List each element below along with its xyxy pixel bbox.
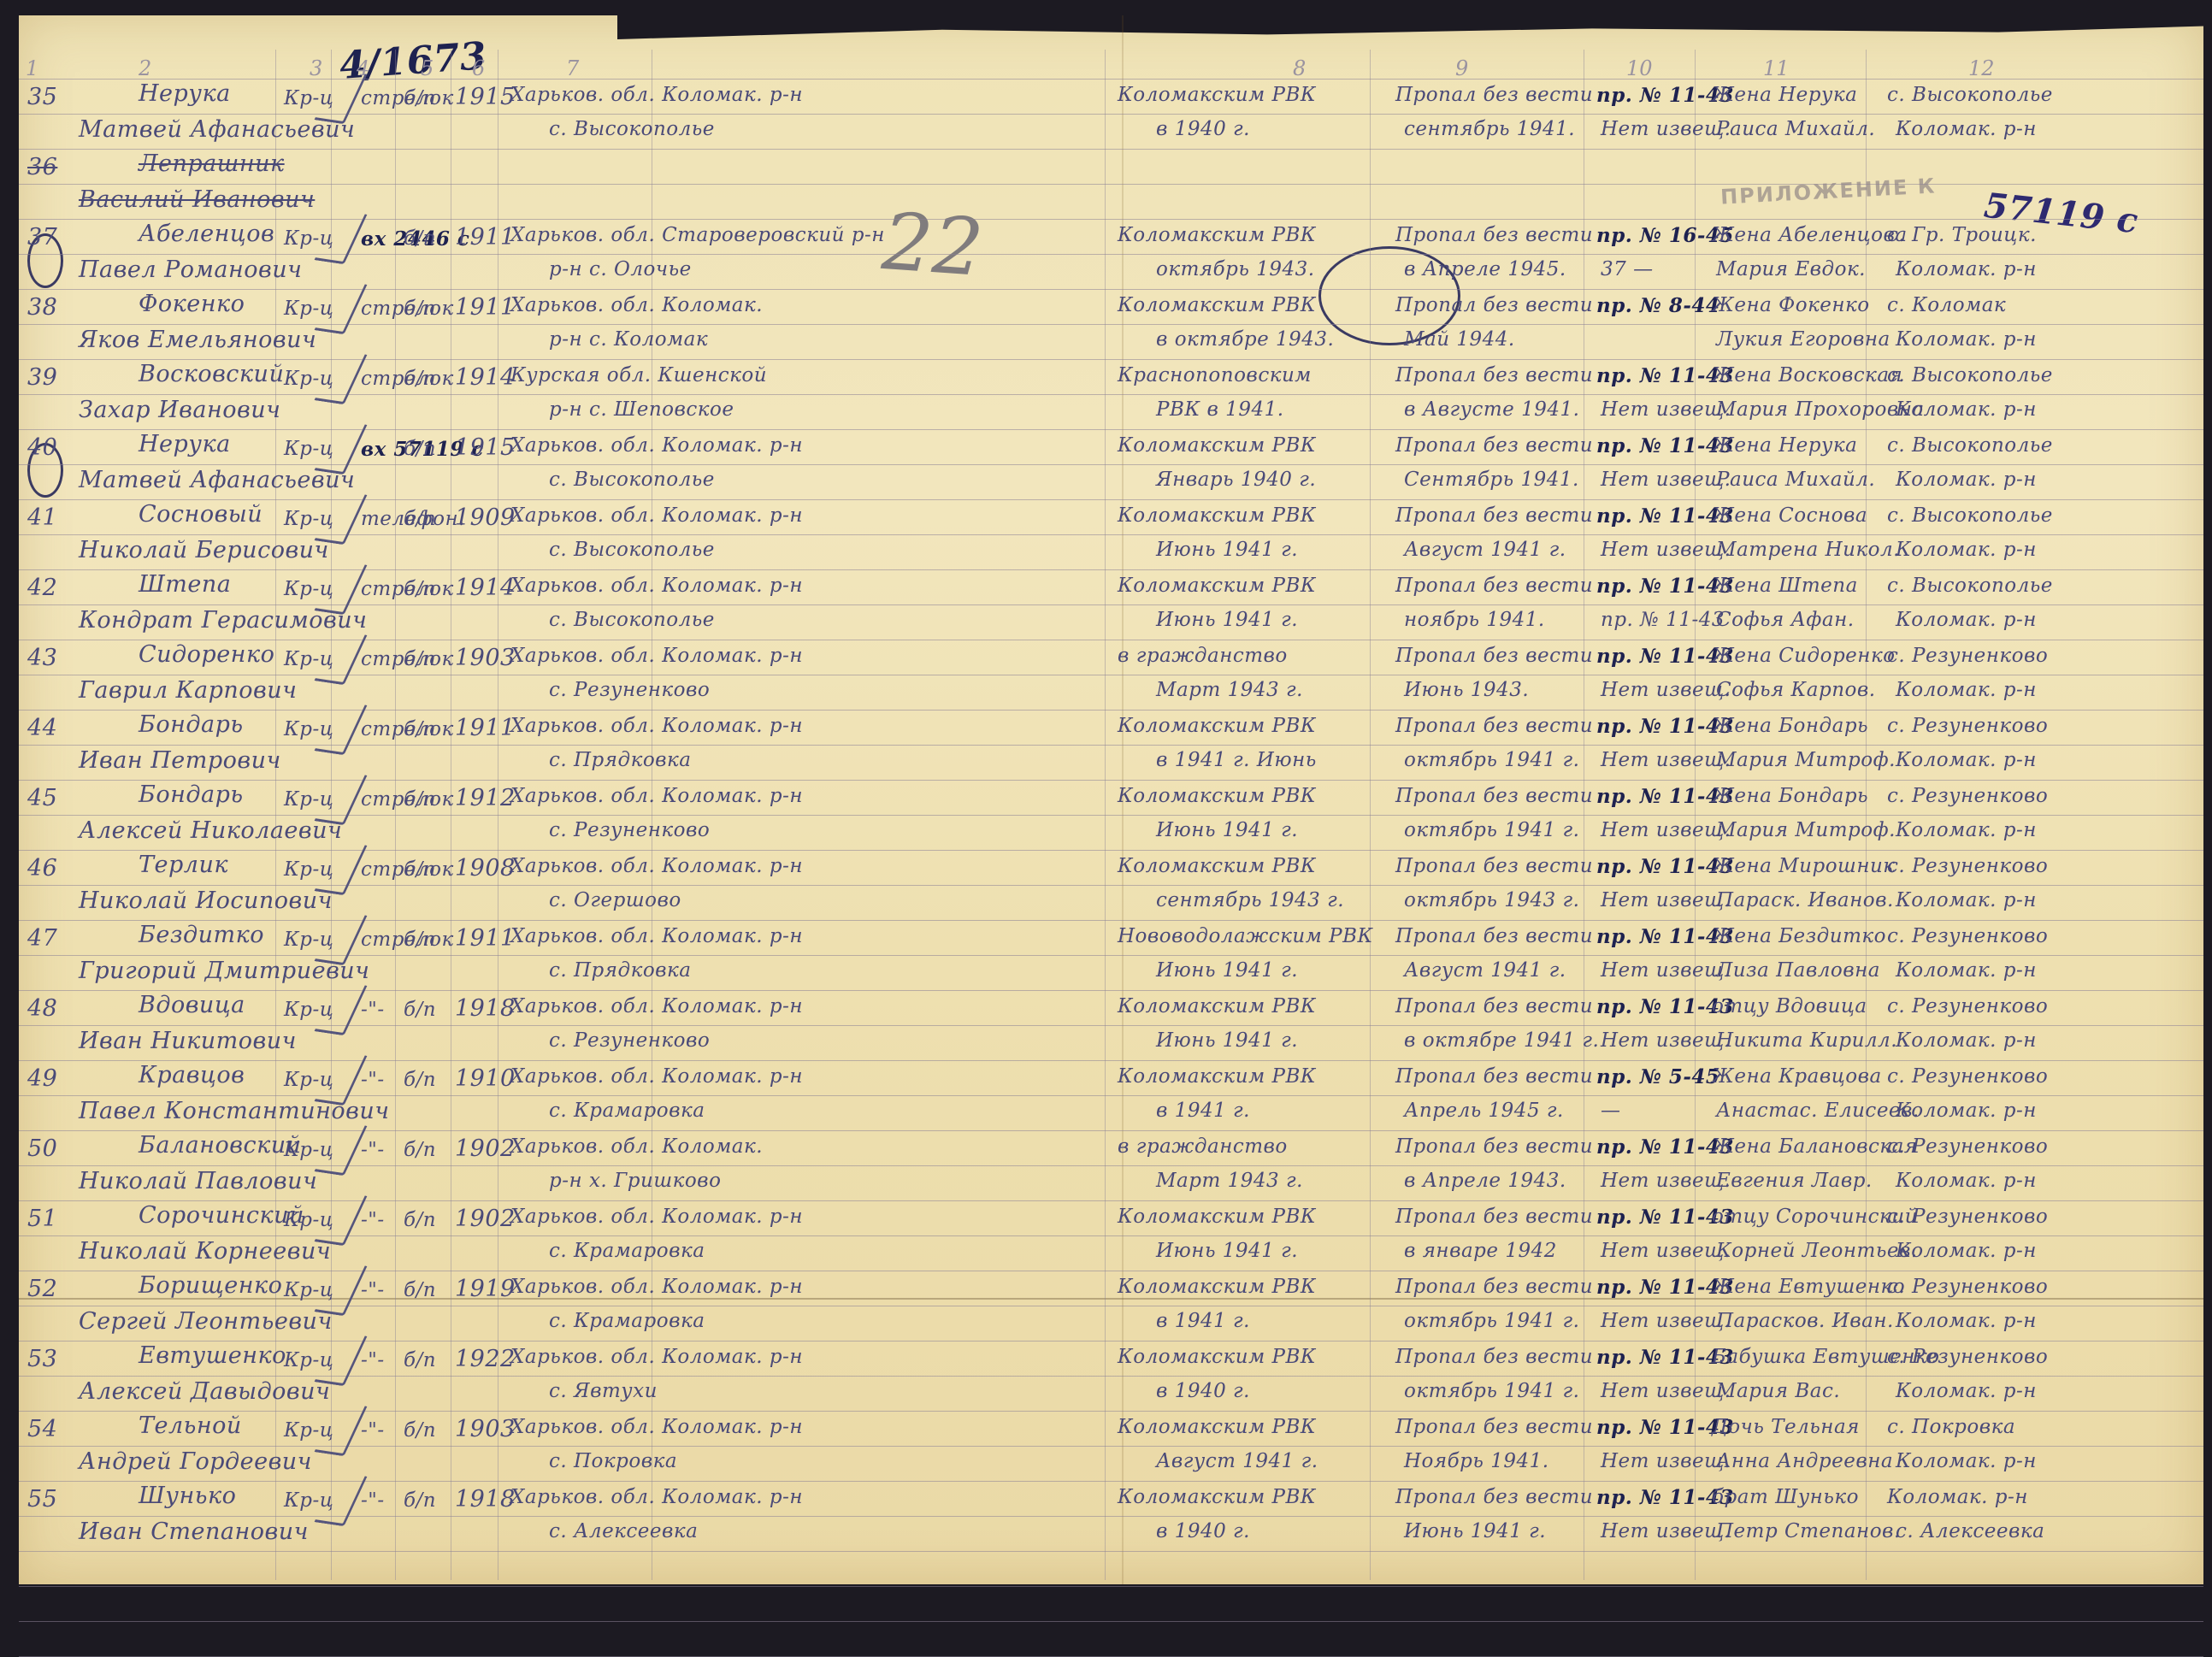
birthplace-village: с. Высокополье	[549, 118, 715, 140]
relative-name: Мария Прохоровна	[1716, 398, 1925, 421]
notice-status: пр. № 11-43	[1601, 609, 1725, 631]
row-number: 46	[27, 855, 57, 882]
notice-status: Нет извещ.	[1601, 679, 1731, 701]
fate-date: в январе 1942	[1404, 1240, 1557, 1262]
drafted-by: Коломакским РВК	[1118, 504, 1316, 527]
surname: Тельной	[139, 1412, 242, 1439]
first-name-patronymic: Василий Иванович	[79, 186, 315, 213]
row-number: 55	[27, 1486, 57, 1513]
drafted-by: Коломакским РВК	[1118, 715, 1316, 737]
paper-sheet: 4/1673 57119 с ПРИЛОЖЕНИЕ К 22 123456789…	[19, 15, 2203, 1584]
column-line	[1105, 50, 1106, 1580]
party-status: б/п	[404, 438, 436, 460]
birthplace: Харьков. обл. Староверовский р-н	[510, 224, 885, 246]
fate: Пропал без вести	[1395, 1416, 1593, 1438]
fate: Пропал без вести	[1395, 84, 1593, 106]
address-district: Коломак. р-н	[1896, 1310, 2037, 1332]
row-number: 41	[27, 504, 57, 531]
birth-year: 1918	[455, 1486, 516, 1513]
ruled-line	[19, 1586, 2203, 1587]
birthplace-village: с. Крамаровка	[549, 1310, 705, 1332]
relative: Жена Бездитко	[1712, 925, 1886, 947]
position: -"-	[361, 1279, 385, 1301]
address-district: с. Алексеевка	[1896, 1520, 2044, 1542]
relative-name: Мария Вас.	[1716, 1380, 1840, 1402]
surname: Штепа	[139, 571, 231, 598]
birth-year: 1911	[455, 715, 516, 741]
drafted-date: Июнь 1941 г.	[1156, 819, 1298, 841]
fate: Пропал без вести	[1395, 224, 1593, 246]
birth-year: 1911	[455, 294, 516, 321]
surname: Лепрашник	[139, 150, 285, 177]
birth-year: 1911	[455, 925, 516, 952]
party-status: б/п	[404, 858, 436, 881]
drafted-by: Коломакским РВК	[1118, 1276, 1316, 1298]
relative: Жена Нерука	[1712, 434, 1857, 457]
surname: Шунько	[139, 1483, 236, 1509]
party-status: б/п	[404, 298, 436, 320]
drafted-date: в 1941 г.	[1156, 1310, 1250, 1332]
birth-year: 1914	[455, 364, 516, 391]
birth-year: 1902	[455, 1206, 516, 1232]
relative-name: Никита Кирилл.	[1716, 1029, 1897, 1052]
torn-edge	[617, 15, 2212, 39]
position: -"-	[361, 1139, 385, 1161]
birthplace-village: с. Крамаровка	[549, 1240, 705, 1262]
surname: Кравцов	[139, 1062, 245, 1088]
party-status: б/п	[404, 1419, 436, 1442]
ruled-line	[19, 1551, 2203, 1552]
row-number: 37	[27, 224, 57, 251]
column-number: 3	[310, 56, 322, 80]
party-status: б/п	[404, 999, 436, 1021]
birthplace: Харьков. обл. Коломак. р-н	[510, 785, 803, 807]
party-status: б/п	[404, 227, 436, 250]
address-district: Коломак. р-н	[1896, 959, 2037, 982]
address: с. Резуненково	[1887, 785, 2048, 807]
relative: Жена Мирошник	[1712, 855, 1896, 877]
drafted-date: Август 1941 г.	[1156, 1450, 1318, 1472]
birth-year: 1914	[455, 575, 516, 601]
fate-date: Август 1941 г.	[1404, 959, 1566, 982]
fate-date: Июнь 1943.	[1404, 679, 1529, 701]
relative-name: Мария Евдок.	[1716, 258, 1866, 280]
address: с. Резуненково	[1887, 995, 2048, 1017]
first-name-patronymic: Николай Иосипович	[79, 887, 333, 914]
address-district: Коломак. р-н	[1896, 749, 2037, 771]
address: с. Резуненково	[1887, 1276, 2048, 1298]
notice-status: Нет извещ.	[1601, 1450, 1731, 1472]
birth-year: 1903	[455, 645, 516, 671]
fate-date: ноябрь 1941.	[1404, 609, 1545, 631]
drafted-by: Коломакским РВК	[1118, 1416, 1316, 1438]
relative: Жена Соснова	[1712, 504, 1867, 527]
address-district: Коломак. р-н	[1896, 679, 2037, 701]
drafted-date: в 1940 г.	[1156, 1520, 1250, 1542]
column-number: 11	[1763, 56, 1790, 80]
column-number: 1	[26, 56, 38, 80]
birth-year: 1909	[455, 504, 516, 531]
position: -"-	[361, 1349, 385, 1371]
address-district: Коломак. р-н	[1896, 819, 2037, 841]
birthplace-village: с. Покровка	[549, 1450, 677, 1472]
fate-date: октябрь 1941 г.	[1404, 749, 1580, 771]
surname: Вдовица	[139, 992, 245, 1018]
column-number: 9	[1455, 56, 1468, 80]
relative-name: Матрена Никол.	[1716, 539, 1900, 561]
fate-date: Сентябрь 1941.	[1404, 469, 1579, 491]
column-number: 2	[139, 56, 151, 80]
birthplace: Харьков. обл. Коломак. р-н	[510, 1276, 803, 1298]
fate-date: Май 1944.	[1404, 328, 1515, 351]
surname: Бездитко	[139, 922, 264, 948]
notice-status: Нет извещ.	[1601, 1240, 1731, 1262]
row-number: 52	[27, 1276, 57, 1302]
birthplace: Харьков. обл. Коломак. р-н	[510, 715, 803, 737]
surname: Абеленцов	[139, 221, 274, 247]
relative: Жена Бондарь	[1712, 715, 1868, 737]
column-line	[1370, 50, 1371, 1580]
surname: Бондарь	[139, 781, 244, 808]
drafted-by: Коломакским РВК	[1118, 1346, 1316, 1368]
row-number: 36	[27, 154, 57, 180]
address: с. Гр. Троицк.	[1887, 224, 2037, 246]
drafted-date: Март 1943 г.	[1156, 679, 1303, 701]
birthplace-village: с. Прядковка	[549, 749, 692, 771]
notice-status: 37 —	[1601, 258, 1654, 280]
first-name-patronymic: Андрей Гордеевич	[79, 1448, 312, 1475]
fate-date: в Апреле 1943.	[1404, 1170, 1566, 1192]
birthplace: Харьков. обл. Коломак. р-н	[510, 434, 803, 457]
relative: Жена Фокенко	[1712, 294, 1870, 316]
column-number: 8	[1293, 56, 1306, 80]
row-number: 53	[27, 1346, 57, 1372]
fate: Пропал без вести	[1395, 294, 1593, 316]
relative: Жена Нерука	[1712, 84, 1857, 106]
first-name-patronymic: Иван Петрович	[79, 747, 281, 774]
order-number: пр. № 8-44	[1596, 294, 1719, 317]
address: с. Высокополье	[1887, 504, 2053, 527]
row-number: 42	[27, 575, 57, 601]
birthplace-village: с. Высокополье	[549, 469, 715, 491]
row-number: 49	[27, 1065, 57, 1092]
first-name-patronymic: Иван Никитович	[79, 1028, 297, 1054]
drafted-date: в 1940 г.	[1156, 1380, 1250, 1402]
row-number: 44	[27, 715, 57, 741]
birthplace: Харьков. обл. Коломак. р-н	[510, 855, 803, 877]
relative: Жена Абеленцова	[1712, 224, 1908, 246]
surname: Борищенко	[139, 1272, 282, 1299]
birthplace-village: с. Прядковка	[549, 959, 692, 982]
relative-name: Корней Леонтьев.	[1716, 1240, 1918, 1262]
drafted-by: Коломакским РВК	[1118, 434, 1316, 457]
notice-status: Нет извещ.	[1601, 539, 1731, 561]
relative: Жена Евтушенко	[1712, 1276, 1905, 1298]
drafted-by: Коломакским РВК	[1118, 855, 1316, 877]
relative-name: Лукия Егоровна	[1716, 328, 1891, 351]
party-status: б/п	[404, 1069, 436, 1091]
fate-date: Август 1941 г.	[1404, 539, 1566, 561]
drafted-date: в 1941 г.	[1156, 1100, 1250, 1122]
notice-status: Нет извещ.	[1601, 1029, 1731, 1052]
fate: Пропал без вести	[1395, 1065, 1593, 1088]
birth-year: 1910	[455, 1065, 516, 1092]
relative: Жена Кравцова	[1712, 1065, 1882, 1088]
surname: Балановский	[139, 1132, 302, 1159]
stamp: ПРИЛОЖЕНИЕ К	[1719, 174, 1937, 209]
drafted-date: Июнь 1941 г.	[1156, 609, 1298, 631]
fate: Пропал без вести	[1395, 575, 1593, 597]
drafted-by: Коломакским РВК	[1118, 1486, 1316, 1508]
relative-name: Мария Митроф.	[1716, 749, 1896, 771]
ruled-line	[19, 149, 2203, 150]
drafted-by: Коломакским РВК	[1118, 294, 1316, 316]
relative-name: Анна Андреевна	[1716, 1450, 1893, 1472]
address: с. Высокополье	[1887, 575, 2053, 597]
fate: Пропал без вести	[1395, 645, 1593, 667]
fate: Пропал без вести	[1395, 715, 1593, 737]
fate-date: октябрь 1941 г.	[1404, 819, 1580, 841]
drafted-date: в октябре 1943.	[1156, 328, 1334, 351]
fate-date: Июнь 1941 г.	[1404, 1520, 1546, 1542]
fate-date: в Апреле 1945.	[1404, 258, 1566, 280]
first-name-patronymic: Павел Романович	[79, 257, 302, 283]
drafted-by: в гражданство	[1118, 645, 1288, 667]
birthplace-village: с. Алексеевка	[549, 1520, 698, 1542]
party-status: б/п	[404, 929, 436, 951]
column-number: 6	[472, 56, 485, 80]
fate: Пропал без вести	[1395, 1135, 1593, 1158]
drafted-date: Июнь 1941 г.	[1156, 539, 1298, 561]
birthplace: Харьков. обл. Коломак. р-н	[510, 1346, 803, 1368]
row-number: 45	[27, 785, 57, 811]
birthplace: Харьков. обл. Коломак. р-н	[510, 575, 803, 597]
birthplace: Харьков. обл. Коломак.	[510, 1135, 763, 1158]
ruled-line	[19, 184, 2203, 185]
birth-year: 1915	[455, 434, 516, 461]
notice-status: Нет извещ.	[1601, 819, 1731, 841]
notice-status: Нет извещ.	[1601, 1520, 1731, 1542]
drafted-date: сентябрь 1943 г.	[1156, 889, 1344, 911]
birthplace-village: с. Огершово	[549, 889, 681, 911]
birthplace-village: р-н с. Олочье	[549, 258, 692, 280]
drafted-date: Июнь 1941 г.	[1156, 959, 1298, 982]
drafted-date: РВК в 1941.	[1156, 398, 1284, 421]
birthplace: Харьков. обл. Коломак. р-н	[510, 1486, 803, 1508]
fate: Пропал без вести	[1395, 504, 1593, 527]
first-name-patronymic: Николай Корнеевич	[79, 1238, 331, 1265]
fate: Пропал без вести	[1395, 434, 1593, 457]
relative-name: Софья Карпов.	[1716, 679, 1876, 701]
drafted-date: Июнь 1941 г.	[1156, 1029, 1298, 1052]
fate: Пропал без вести	[1395, 1206, 1593, 1228]
column-line	[395, 50, 396, 1580]
birthplace: Харьков. обл. Коломак. р-н	[510, 84, 803, 106]
drafted-date: в 1940 г.	[1156, 118, 1250, 140]
surname: Нерука	[139, 80, 231, 107]
row-number: 35	[27, 84, 57, 110]
address: с. Резуненково	[1887, 1135, 2048, 1158]
address: Коломак. р-н	[1887, 1486, 2028, 1508]
relative: Жена Штепа	[1712, 575, 1858, 597]
first-name-patronymic: Иван Степанович	[79, 1518, 309, 1545]
drafted-by: Коломакским РВК	[1118, 1206, 1316, 1228]
surname: Терлик	[139, 852, 228, 878]
party-status: б/п	[404, 1489, 436, 1512]
surname: Восковский	[139, 361, 284, 387]
drafted-by: Коломакским РВК	[1118, 995, 1316, 1017]
birthplace: Харьков. обл. Коломак. р-н	[510, 645, 803, 667]
drafted-by: Коломакским РВК	[1118, 575, 1316, 597]
birthplace-village: р-н х. Гришково	[549, 1170, 721, 1192]
address-district: Коломак. р-н	[1896, 539, 2037, 561]
row-number: 40	[27, 434, 57, 461]
relative-name: Параск. Иванов.	[1716, 889, 1894, 911]
birth-year: 1922	[455, 1346, 516, 1372]
birthplace-village: с. Резуненково	[549, 679, 710, 701]
circled-mark: 22	[879, 196, 986, 294]
relative-name: Петр Степанов.	[1716, 1520, 1901, 1542]
drafted-by: Краснопоповским	[1118, 364, 1312, 386]
address: с. Резуненково	[1887, 925, 2048, 947]
birth-year: 1912	[455, 785, 516, 811]
fate-date: октябрь 1943 г.	[1404, 889, 1580, 911]
column-number: 12	[1968, 56, 1995, 80]
first-name-patronymic: Гаврил Карпович	[79, 677, 297, 704]
notice-status: —	[1601, 1100, 1621, 1122]
relative: Жена Восковская	[1712, 364, 1902, 386]
notice-status: Нет извещ.	[1601, 1310, 1731, 1332]
relative-name: Анастас. Елисеев.	[1716, 1100, 1920, 1122]
fate: Пропал без вести	[1395, 1276, 1593, 1298]
first-name-patronymic: Захар Иванович	[79, 397, 280, 423]
address: с. Высокополье	[1887, 84, 2053, 106]
birth-year: 1918	[455, 995, 516, 1022]
position: -"-	[361, 1489, 385, 1512]
notice-status: Нет извещ.	[1601, 398, 1731, 421]
relative-name: Раиса Михайл.	[1716, 118, 1875, 140]
address: с. Резуненково	[1887, 1206, 2048, 1228]
address: с. Резуненково	[1887, 1346, 2048, 1368]
birthplace-village: с. Крамаровка	[549, 1100, 705, 1122]
fate-date: октябрь 1941 г.	[1404, 1310, 1580, 1332]
birthplace: Харьков. обл. Коломак.	[510, 294, 763, 316]
row-number: 54	[27, 1416, 57, 1442]
row-number: 47	[27, 925, 57, 952]
party-status: б/п	[404, 1279, 436, 1301]
drafted-by: Коломакским РВК	[1118, 1065, 1316, 1088]
address: с. Высокополье	[1887, 364, 2053, 386]
row-number: 51	[27, 1206, 57, 1232]
surname: Бондарь	[139, 711, 244, 738]
party-status: б/п	[404, 1349, 436, 1371]
notice-status: Нет извещ.	[1601, 1170, 1731, 1192]
fate-date: в Августе 1941.	[1404, 398, 1579, 421]
surname: Сидоренко	[139, 641, 274, 668]
column-number: 5	[421, 56, 434, 80]
fate: Пропал без вести	[1395, 785, 1593, 807]
birthplace: Харьков. обл. Коломак. р-н	[510, 995, 803, 1017]
drafted-by: Коломакским РВК	[1118, 224, 1316, 246]
row-number: 50	[27, 1135, 57, 1162]
birthplace: Харьков. обл. Коломак. р-н	[510, 1065, 803, 1088]
fate-date: Апрель 1945 г.	[1404, 1100, 1564, 1122]
address-district: Коломак. р-н	[1896, 609, 2037, 631]
relative-name: Мария Митроф.	[1716, 819, 1896, 841]
first-name-patronymic: Яков Емельянович	[79, 327, 316, 353]
birthplace-village: с. Резуненково	[549, 1029, 710, 1052]
address-district: Коломак. р-н	[1896, 1100, 2037, 1122]
fate-date: Ноябрь 1941.	[1404, 1450, 1549, 1472]
position: -"-	[361, 1069, 385, 1091]
first-name-patronymic: Сергей Леонтьевич	[79, 1308, 333, 1335]
row-number: 43	[27, 645, 57, 671]
fate: Пропал без вести	[1395, 855, 1593, 877]
scanned-document: 4/1673 57119 с ПРИЛОЖЕНИЕ К 22 123456789…	[0, 0, 2212, 1600]
fate-date: сентябрь 1941.	[1404, 118, 1575, 140]
row-number: 48	[27, 995, 57, 1022]
address-district: Коломак. р-н	[1896, 889, 2037, 911]
address: с. Резуненково	[1887, 855, 2048, 877]
notice-status: Нет извещ.	[1601, 469, 1731, 491]
birth-year: 1915	[455, 84, 516, 110]
notice-status: Нет извещ.	[1601, 959, 1731, 982]
address: с. Покровка	[1887, 1416, 2015, 1438]
position: -"-	[361, 1419, 385, 1442]
birthplace: Харьков. обл. Коломак. р-н	[510, 1416, 803, 1438]
relative-name: Лиза Павловна	[1716, 959, 1880, 982]
fate-date: в октябре 1941 г.	[1404, 1029, 1599, 1052]
address-district: Коломак. р-н	[1896, 398, 2037, 421]
party-status: б/п	[404, 578, 436, 600]
drafted-date: октябрь 1943.	[1156, 258, 1315, 280]
birthplace-village: с. Явтухи	[549, 1380, 658, 1402]
birthplace-village: с. Высокополье	[549, 539, 715, 561]
birth-year: 1919	[455, 1276, 516, 1302]
address-district: Коломак. р-н	[1896, 1029, 2037, 1052]
column-number: 10	[1626, 56, 1653, 80]
birthplace: Курская обл. Кшенской	[510, 364, 767, 386]
party-status: б/п	[404, 788, 436, 811]
party-status: б/п	[404, 87, 436, 109]
drafted-date: Июнь 1941 г.	[1156, 1240, 1298, 1262]
birthplace: Харьков. обл. Коломак. р-н	[510, 504, 803, 527]
notice-status: Нет извещ.	[1601, 889, 1731, 911]
column-number: 7	[566, 56, 579, 80]
notice-status: Нет извещ.	[1601, 749, 1731, 771]
fate-date: октябрь 1941 г.	[1404, 1380, 1580, 1402]
notice-status: Нет извещ.	[1601, 1380, 1731, 1402]
surname: Сосновый	[139, 501, 262, 528]
address: с. Резуненково	[1887, 715, 2048, 737]
first-name-patronymic: Алексей Николаевич	[79, 817, 342, 844]
drafted-date: в 1941 г. Июнь	[1156, 749, 1317, 771]
fate: Пропал без вести	[1395, 1346, 1593, 1368]
first-name-patronymic: Алексей Давыдович	[79, 1378, 330, 1405]
party-status: б/п	[404, 1139, 436, 1161]
birthplace-village: р-н с. Шеповское	[549, 398, 734, 421]
first-name-patronymic: Матвей Афанасьевич	[79, 116, 355, 143]
birthplace: Харьков. обл. Коломак. р-н	[510, 925, 803, 947]
address: с. Высокополье	[1887, 434, 2053, 457]
first-name-patronymic: Николай Павлович	[79, 1168, 317, 1194]
drafted-by: в гражданство	[1118, 1135, 1288, 1158]
relative: брат Шунько	[1712, 1486, 1859, 1508]
birthplace: Харьков. обл. Коломак. р-н	[510, 1206, 803, 1228]
relative-name: Евгения Лавр.	[1716, 1170, 1873, 1192]
notice-status: Нет извещ.	[1601, 118, 1731, 140]
row-number: 39	[27, 364, 57, 391]
